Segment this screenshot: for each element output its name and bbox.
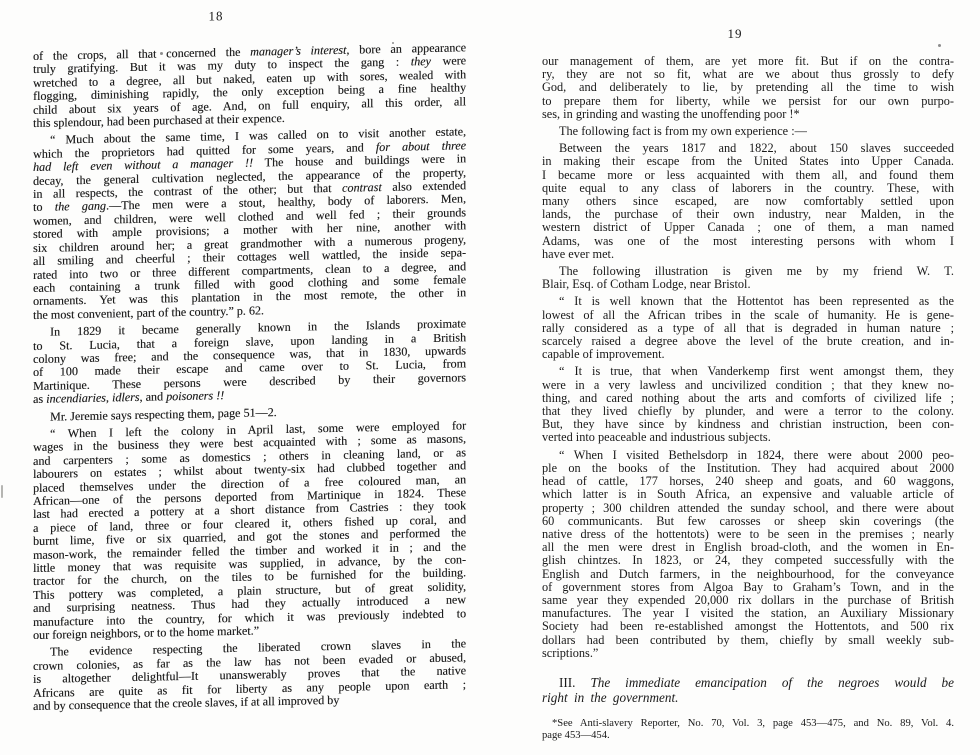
paragraph: The following illustration is given me b… [542, 265, 954, 291]
text-line: dollars had been contributed by them, ch… [542, 634, 954, 647]
text-line: have ever met. [542, 248, 954, 261]
scan-speck [938, 44, 941, 47]
quote-paragraph: “ It is true, that when Vanderkemp first… [542, 365, 954, 444]
text-line: ses, in grinding and wasting the unoffen… [542, 108, 954, 121]
paragraph: The following fact is from my own experi… [542, 125, 954, 138]
paragraph-continued: of the crops, all that concerned the man… [33, 41, 466, 130]
page-18-text: of the crops, all that concerned the man… [33, 41, 466, 713]
scan-speck [187, 54, 189, 56]
paragraph-continued: our management of them, are yet more fit… [542, 55, 954, 121]
footnote: *See Anti-slavery Reporter, No. 70, Vol.… [542, 718, 954, 742]
page-number-right: 19 [705, 26, 765, 42]
scan-speck [392, 42, 394, 44]
page-number-left: 18 [186, 8, 246, 25]
quote-paragraph: “ It is well known that the Hottentot ha… [542, 295, 954, 361]
text-line: scriptions.” [542, 647, 954, 660]
scan-speck [160, 52, 163, 55]
paragraph: In 1829 it became generally known in the… [33, 317, 466, 406]
page-18: 18 of the crops, all that concerned the … [33, 12, 466, 714]
page-18-skew-wrapper: 18 of the crops, all that concerned the … [33, 3, 466, 713]
quote-paragraph: “ When I visited Bethelsdorp in 1824, th… [542, 449, 954, 660]
quote-paragraph: “ Much about the same time, I was called… [33, 126, 466, 322]
text-line: Blair, Esq. of Cotham Lodge, near Bristo… [542, 278, 954, 291]
text-line: III. The immediate emancipation of the n… [542, 675, 954, 691]
book-spread: 18 of the crops, all that concerned the … [0, 0, 980, 755]
paragraph: The evidence respecting the liberated cr… [33, 638, 466, 714]
page-19: 19 our management of them, are yet more … [542, 26, 954, 742]
text-line: capable of improvement. [542, 348, 954, 361]
text-line: right in the government. [542, 690, 954, 706]
page-19-text: our management of them, are yet more fit… [542, 55, 954, 742]
text-line: The following fact is from my own experi… [542, 125, 954, 138]
paragraph: Between the years 1817 and 1822, about 1… [542, 142, 954, 261]
quote-paragraph: “ When I left the colony in April last, … [33, 419, 466, 642]
text-line: page 453—454. [542, 730, 954, 742]
scan-speck [1, 485, 3, 498]
section-heading: III. The immediate emancipation of the n… [542, 675, 954, 706]
text-line: verted into peaceable and industrious su… [542, 431, 954, 444]
text-line: *See Anti-slavery Reporter, No. 70, Vol.… [542, 718, 954, 730]
